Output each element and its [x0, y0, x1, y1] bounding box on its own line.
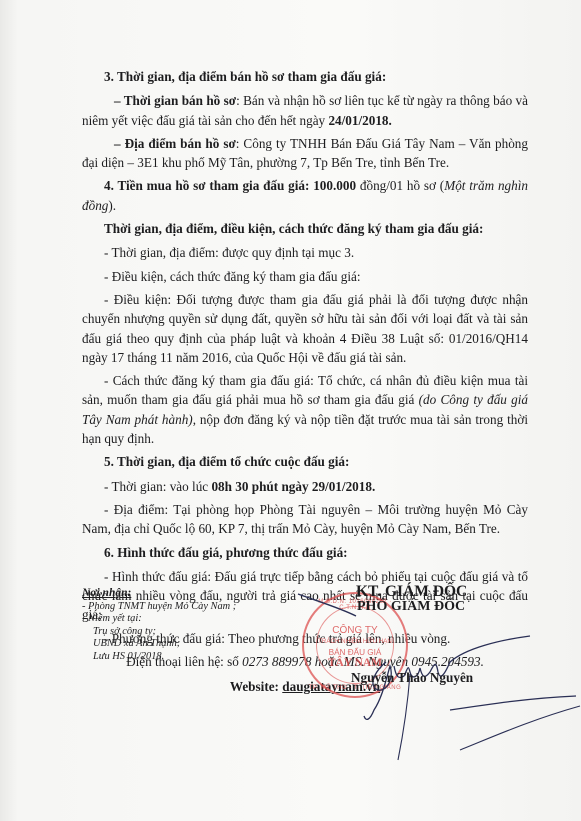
section-5-time: - Thời gian: vào lúc 08h 30 phút ngày 29… [82, 477, 528, 496]
stamp-line-1: CÔNG TY [304, 626, 406, 636]
recipient-line: - Niêm yết tại: [82, 613, 302, 626]
recipient-sub-line: UBND xã An Thạnh; [82, 638, 302, 651]
section-3-heading-text: 3. Thời gian, địa điểm bán hồ sơ tham gi… [104, 69, 386, 84]
document-page: 3. Thời gian, địa điểm bán hồ sơ tham gi… [0, 0, 581, 821]
section-5-place: - Địa điểm: Tại phòng họp Phòng Tài nguy… [82, 500, 528, 539]
registration-heading-text: Thời gian, địa điểm, điều kiện, cách thứ… [104, 221, 483, 236]
section-3-heading: 3. Thời gian, địa điểm bán hồ sơ tham gi… [82, 67, 528, 86]
recipient-line: - Phòng TNMT huyện Mỏ Cày Nam ; [82, 601, 302, 614]
section-5-time-value: 08h 30 phút ngày 29/01/2018. [211, 479, 375, 494]
stamp-line-2: TRÁCH NHIỆM HỮU HẠN [304, 638, 406, 645]
signature-block: KT. GIÁM ĐỐC PHÓ GIÁM ĐỐC [340, 584, 530, 614]
section-5-time-prefix: - Thời gian: vào lúc [104, 479, 211, 494]
section-6-heading-text: 6. Hình thức đấu giá, phương thức đấu gi… [104, 545, 348, 560]
section-6-heading: 6. Hình thức đấu giá, phương thức đấu gi… [82, 543, 528, 562]
section-4-heading: 4. Tiền mua hồ sơ tham gia đấu giá: 100.… [104, 178, 356, 193]
registration-item-2: - Điều kiện, cách thức đăng ký tham gia … [82, 267, 528, 286]
registration-heading: Thời gian, địa điểm, điều kiện, cách thứ… [82, 219, 528, 238]
section-5-heading-text: 5. Thời gian, địa điểm tổ chức cuộc đấu … [104, 454, 349, 469]
stamp-line-4: TÂY NAM [304, 657, 406, 669]
recipients-title: Nơi nhận: [82, 587, 302, 600]
section-3-time: – Thời gian bán hồ sơ: Bán và nhận hồ sơ… [82, 91, 528, 130]
recipients-block: Nơi nhận: - Phòng TNMT huyện Mỏ Cày Nam … [82, 587, 302, 664]
recipient-sub-line: Lưu HS 01/2018. [82, 651, 302, 664]
signer-name: Nguyễn Thảo Nguyên [351, 670, 473, 686]
registration-item-4: - Cách thức đăng ký tham gia đấu giá: Tổ… [82, 371, 528, 448]
place-label: – Địa điểm bán hồ sơ [114, 136, 236, 151]
section-4: 4. Tiền mua hồ sơ tham gia đấu giá: 100.… [82, 176, 528, 215]
section-4-close: ). [108, 198, 116, 213]
section-5-heading: 5. Thời gian, địa điểm tổ chức cuộc đấu … [82, 452, 528, 471]
registration-item-1: - Thời gian, địa điểm: được quy định tại… [82, 243, 528, 262]
signature-title-1: KT. GIÁM ĐỐC [340, 584, 530, 599]
signature-title-2: PHÓ GIÁM ĐỐC [340, 599, 530, 614]
section-4-text: đồng/01 hồ sơ ( [356, 178, 444, 193]
time-date: 24/01/2018. [328, 113, 391, 128]
website-label: Website: [230, 679, 282, 694]
time-label: – Thời gian bán hồ sơ [114, 93, 236, 108]
stamp-line-3: BÁN ĐẤU GIÁ [304, 648, 406, 657]
recipient-sub-line: Trụ sở công ty; [82, 626, 302, 639]
section-3-place: – Địa điểm bán hồ sơ: Công ty TNHH Bán Đ… [82, 134, 528, 173]
registration-item-3: - Điều kiện: Đối tượng được tham gia đấu… [82, 290, 528, 367]
